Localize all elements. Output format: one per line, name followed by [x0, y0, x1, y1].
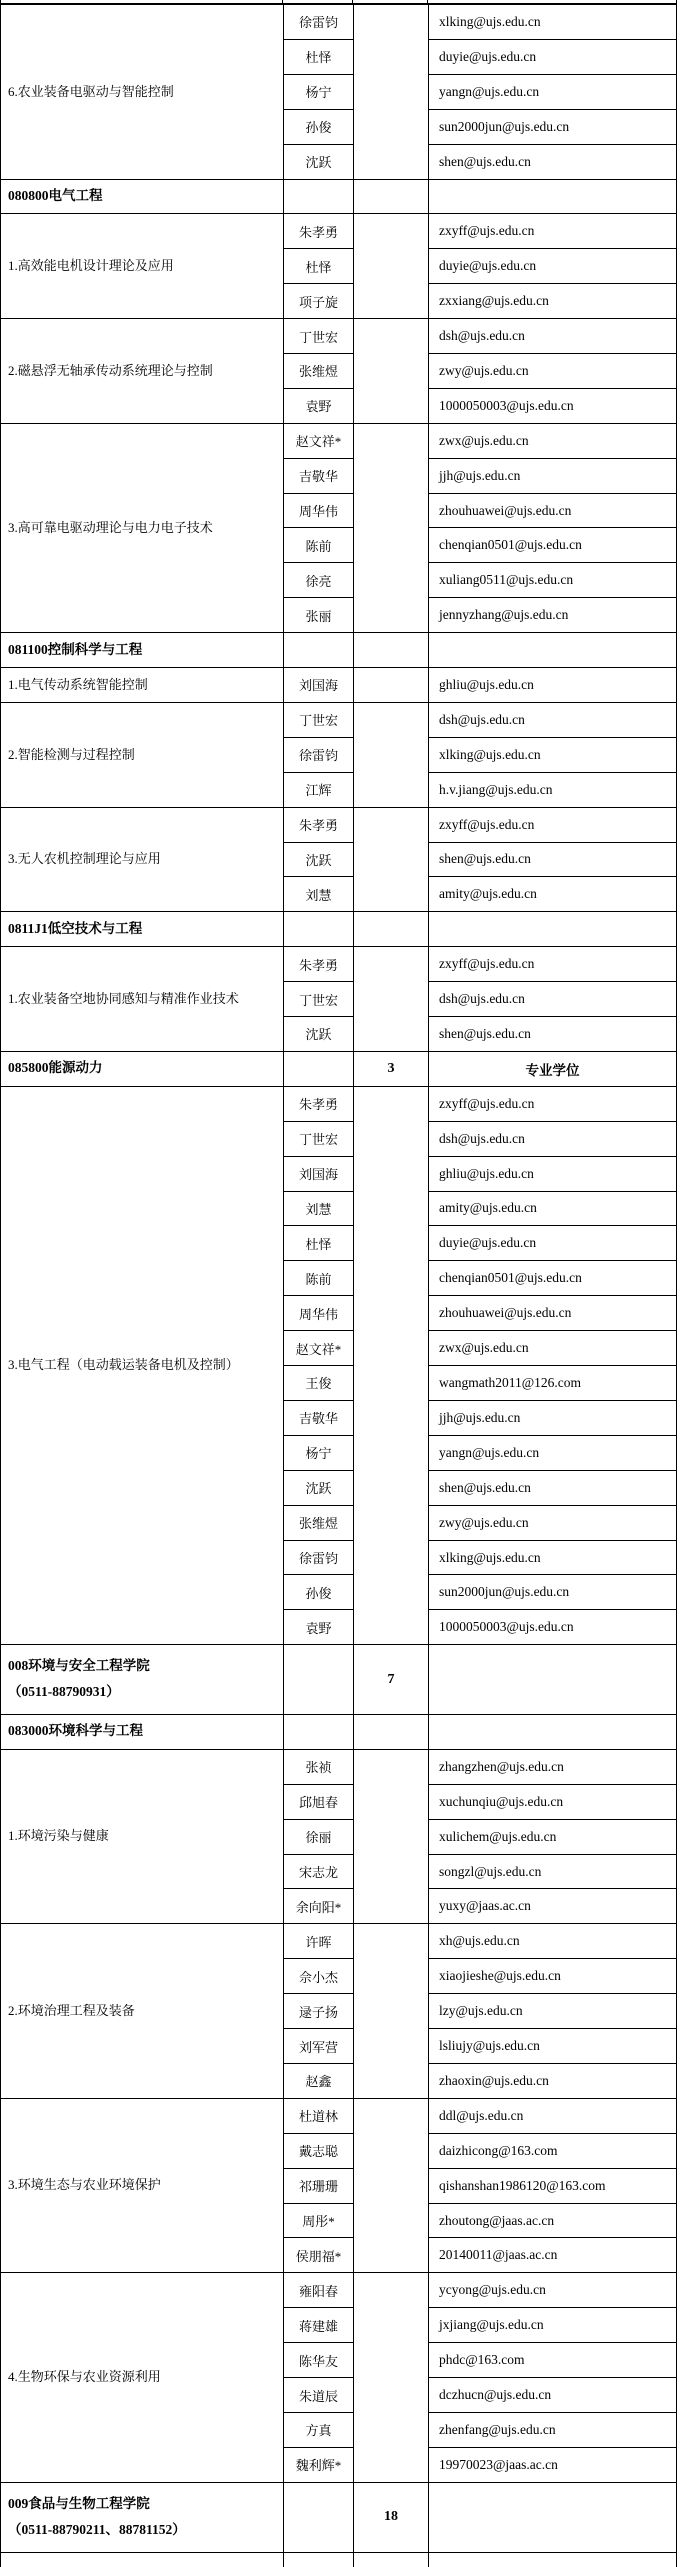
advisor-email-cell: songzl@ujs.edu.cn [429, 1855, 676, 1890]
advisor-name-column [284, 912, 354, 946]
college-phone: （0511-88790211、88781152） [8, 2522, 279, 2539]
advisor-name-cell: 孙俊 [284, 1575, 353, 1610]
advisor-name-cell: 朱孝勇 [284, 1087, 353, 1122]
advisor-email-cell: amity@ujs.edu.cn [429, 1192, 676, 1227]
advisor-name-cell: 朱道辰 [284, 2378, 353, 2413]
quota-cell [354, 1087, 429, 1644]
advisor-email-cell: zwx@ujs.edu.cn [429, 1331, 676, 1366]
advisor-email-cell: ycyong@ujs.edu.cn [429, 2273, 676, 2308]
program-header-row: 085800能源动力3专业学位 [1, 1052, 676, 1087]
advisor-name-cell: 周华伟 [284, 1296, 353, 1331]
direction-cell: 3.高可靠电驱动理论与电力电子技术 [1, 424, 284, 632]
direction-cell: 1.环境污染与健康 [1, 1750, 284, 1924]
program-title: 085800能源动力 [8, 1060, 279, 1077]
advisor-name-cell: 朱孝勇 [284, 808, 353, 843]
advisor-name-cell: 吉敬华 [284, 1401, 353, 1436]
quota-cell [354, 424, 429, 632]
program-title-cell: 081100控制科学与工程 [1, 633, 284, 667]
advisor-email-column: ddl@ujs.edu.cndaizhicong@163.comqishansh… [429, 2099, 676, 2273]
advisor-email-cell: shen@ujs.edu.cn [429, 843, 676, 878]
advisor-name-cell: 赵文祥* [284, 424, 353, 459]
advisor-email-cell: lsliujy@ujs.edu.cn [429, 2029, 676, 2064]
advisor-name-column: 朱孝勇丁世宏刘国海刘慧杜怿陈前周华伟赵文祥*王俊吉敬华杨宁沈跃张维煜徐雷钧孙俊袁… [284, 1087, 354, 1644]
direction-label: 2.磁悬浮无轴承传动系统理论与控制 [8, 363, 279, 379]
advisor-email-cell: daizhicong@163.com [429, 2134, 676, 2169]
advisor-email-cell: 1000050003@ujs.edu.cn [429, 389, 676, 423]
advisor-name-cell: 雍阳春 [284, 2273, 353, 2308]
program-title-cell: 085800能源动力 [1, 1052, 284, 1086]
advisor-name-cell: 余向阳* [284, 1889, 353, 1923]
advisor-name-cell: 吉敬华 [284, 459, 353, 494]
advisor-name-cell: 徐亮 [284, 563, 353, 598]
advisor-email-cell: xiaojieshe@ujs.edu.cn [429, 1959, 676, 1994]
advisor-email-cell: yangn@ujs.edu.cn [429, 1436, 676, 1471]
advisor-name-cell: 沈跃 [284, 1017, 353, 1051]
advisor-email-cell: shen@ujs.edu.cn [429, 145, 676, 179]
advisor-name-cell: 杜怿 [284, 249, 353, 284]
advisor-email-column: zhangzhen@ujs.edu.cnxuchunqiu@ujs.edu.cn… [429, 1750, 676, 1924]
advisor-email-cell: zxyff@ujs.edu.cn [429, 1087, 676, 1122]
advisor-name-cell: 魏利辉* [284, 2448, 353, 2482]
advisor-name-cell: 杜道林 [284, 2099, 353, 2134]
advisor-email-cell: duyie@ujs.edu.cn [429, 249, 676, 284]
advisor-name-column [284, 1645, 354, 1714]
advisor-name-cell: 徐雷钧 [284, 1541, 353, 1576]
direction-cell: 3.环境生态与农业环境保护 [1, 2099, 284, 2273]
direction-cell: 6.农业装备电驱动与智能控制 [1, 5, 284, 179]
program-title: 081100控制科学与工程 [8, 642, 279, 659]
advisor-email-column: zxyff@ujs.edu.cnshen@ujs.edu.cnamity@ujs… [429, 808, 676, 912]
degree-type-cell [429, 633, 676, 667]
advisor-email-cell: zhouhuawei@ujs.edu.cn [429, 494, 676, 529]
degree-type-cell: 专业学位 [429, 1052, 676, 1086]
advisor-name-cell: 陈华友 [284, 2343, 353, 2378]
advisor-name-column: 杜道林戴志聪祁珊珊周彤*侯朋福* [284, 2099, 354, 2273]
advisor-email-cell: jjh@ujs.edu.cn [429, 459, 676, 494]
degree-type-cell [429, 912, 676, 946]
direction-group-row: 1.电气传动系统智能控制刘国海ghliu@ujs.edu.cn [1, 668, 676, 703]
advisor-name-cell: 周华伟 [284, 494, 353, 529]
advisor-name-cell: 赵鑫 [284, 2064, 353, 2098]
advisor-email-column: zxyff@ujs.edu.cnduyie@ujs.edu.cnzxxiang@… [429, 214, 676, 318]
direction-cell: 2.智能检测与过程控制 [1, 703, 284, 807]
advisor-name-cell: 戴志聪 [284, 2134, 353, 2169]
quota-cell [354, 180, 429, 214]
advisor-email-column: xh@ujs.edu.cnxiaojieshe@ujs.edu.cnlzy@uj… [429, 1924, 676, 2098]
direction-label: 3.无人农机控制理论与应用 [8, 851, 279, 867]
advisor-name-cell: 宋志龙 [284, 1855, 353, 1890]
advisor-name-cell: 徐雷钧 [284, 738, 353, 773]
direction-label: 1.农业装备空地协同感知与精准作业技术 [8, 991, 279, 1007]
quota-cell [354, 2273, 429, 2481]
college-header-row: 008环境与安全工程学院（0511-88790931）7 [1, 1645, 676, 1715]
quota-cell [354, 633, 429, 667]
advisor-name-cell: 侯朋福* [284, 2238, 353, 2272]
advisor-name-cell: 陈前 [284, 1261, 353, 1296]
quota-cell [354, 2099, 429, 2273]
advisor-name-column: 丁世宏张维煜袁野 [284, 319, 354, 423]
college-title-cell: 009食品与生物工程学院（0511-88790211、88781152） [1, 2483, 284, 2549]
advisor-name-cell: 刘慧 [284, 1192, 353, 1227]
direction-cell: 4.生物环保与农业资源利用 [1, 2273, 284, 2481]
quota-cell [354, 214, 429, 318]
advisor-name-cell: 佘小杰 [284, 1959, 353, 1994]
direction-group-row: 4.生物环保与农业资源利用雍阳春蒋建雄陈华友朱道辰方真魏利辉*ycyong@uj… [1, 2273, 676, 2482]
advisor-name-cell: 王俊 [284, 1366, 353, 1401]
advisor-email-cell: ddl@ujs.edu.cn [429, 2099, 676, 2134]
advisor-email-cell: duyie@ujs.edu.cn [429, 1226, 676, 1261]
advisor-email-cell: zwy@ujs.edu.cn [429, 354, 676, 389]
program-title-cell: 083000环境科学与工程 [1, 1715, 284, 1749]
advisor-email-cell: xuchunqiu@ujs.edu.cn [429, 1785, 676, 1820]
program-header-row: 0811J1低空技术与工程 [1, 912, 676, 947]
direction-group-row: 3.环境生态与农业环境保护杜道林戴志聪祁珊珊周彤*侯朋福*ddl@ujs.edu… [1, 2099, 676, 2274]
program-header-row: 083000环境科学与工程 [1, 1715, 676, 1750]
college-quota-cell: 7 [354, 1645, 429, 1714]
advisor-email-cell: zxyff@ujs.edu.cn [429, 808, 676, 843]
program-header-row: 080800电气工程 [1, 180, 676, 215]
advisor-email-cell: zxyff@ujs.edu.cn [429, 214, 676, 249]
advisor-email-cell: zhenfang@ujs.edu.cn [429, 2413, 676, 2448]
advisor-email-cell: dsh@ujs.edu.cn [429, 703, 676, 738]
direction-group-row: 1.环境污染与健康张祯邱旭春徐丽宋志龙余向阳*zhangzhen@ujs.edu… [1, 1750, 676, 1925]
advisor-name-column: 赵文祥*吉敬华周华伟陈前徐亮张丽 [284, 424, 354, 632]
quota-cell [354, 703, 429, 807]
advisor-email-cell: h.v.jiang@ujs.edu.cn [429, 773, 676, 807]
quota-cell [354, 947, 429, 1051]
advisor-email-column [429, 1645, 676, 1714]
direction-cell: 3.无人农机控制理论与应用 [1, 808, 284, 912]
advisor-email-column [429, 1715, 676, 1749]
college-phone: （0511-88790931） [8, 1684, 279, 1701]
advisor-name-cell: 徐丽 [284, 1820, 353, 1855]
advisor-name-cell: 杜怿 [284, 40, 353, 75]
advisor-email-cell: jennyzhang@ujs.edu.cn [429, 598, 676, 632]
direction-cell: 2.环境治理工程及装备 [1, 1924, 284, 2098]
advisor-email-cell: ghliu@ujs.edu.cn [429, 1157, 676, 1192]
advisor-email-cell: zwy@ujs.edu.cn [429, 1506, 676, 1541]
direction-group-row: 3.无人农机控制理论与应用朱孝勇沈跃刘慧zxyff@ujs.edu.cnshen… [1, 808, 676, 913]
advisor-name-column: 刘国海 [284, 668, 354, 702]
advisor-email-cell: zhouhuawei@ujs.edu.cn [429, 1296, 676, 1331]
advisor-email-cell: duyie@ujs.edu.cn [429, 40, 676, 75]
direction-label: 3.电气工程（电动载运装备电机及控制） [8, 1357, 279, 1373]
advisor-email-cell: shen@ujs.edu.cn [429, 1471, 676, 1506]
advisor-email-column: zwx@ujs.edu.cnjjh@ujs.edu.cnzhouhuawei@u… [429, 424, 676, 632]
document-page: 6.农业装备电驱动与智能控制徐雷钧杜怿杨宁孙俊沈跃xlking@ujs.edu.… [0, 0, 682, 2549]
advisor-email-cell: chenqian0501@ujs.edu.cn [429, 1261, 676, 1296]
empty-cell [429, 1645, 676, 1714]
program-title: 0811J1低空技术与工程 [8, 921, 279, 938]
advisor-name-cell: 张维煜 [284, 354, 353, 389]
advisor-email-cell: xulichem@ujs.edu.cn [429, 1820, 676, 1855]
advisor-name-cell: 袁野 [284, 1610, 353, 1644]
advisor-email-cell: amity@ujs.edu.cn [429, 877, 676, 911]
advisor-email-cell: dsh@ujs.edu.cn [429, 982, 676, 1017]
advisor-email-column [429, 912, 676, 946]
direction-cell: 1.电气传动系统智能控制 [1, 668, 284, 702]
advisor-name-column: 朱孝勇杜怿项子旋 [284, 214, 354, 318]
advisor-email-cell: sun2000jun@ujs.edu.cn [429, 110, 676, 145]
advisor-email-cell: xlking@ujs.edu.cn [429, 5, 676, 40]
quota-cell: 3 [354, 1052, 429, 1086]
degree-type-cell [429, 1715, 676, 1749]
advisor-name-cell: 邱旭春 [284, 1785, 353, 1820]
advisor-email-cell: wangmath2011@126.com [429, 1366, 676, 1401]
advisor-name-cell: 张丽 [284, 598, 353, 632]
direction-group-row: 2.环境治理工程及装备许晖佘小杰逯子扬刘军营赵鑫xh@ujs.edu.cnxia… [1, 1924, 676, 2099]
advisor-name-cell: 丁世宏 [284, 1122, 353, 1157]
program-title: 080800电气工程 [8, 188, 279, 205]
degree-type-cell [429, 180, 676, 214]
advisor-email-column: ycyong@ujs.edu.cnjxjiang@ujs.edu.cnphdc@… [429, 2273, 676, 2481]
advisor-email-column: ghliu@ujs.edu.cn [429, 668, 676, 702]
advisor-name-cell: 赵文祥* [284, 1331, 353, 1366]
program-title-cell: 0811J1低空技术与工程 [1, 912, 284, 946]
advisor-name-column: 雍阳春蒋建雄陈华友朱道辰方真魏利辉* [284, 2273, 354, 2481]
advisor-email-cell: 19970023@jaas.ac.cn [429, 2448, 676, 2482]
direction-cell: 1.高效能电机设计理论及应用 [1, 214, 284, 318]
advisor-email-cell: xh@ujs.edu.cn [429, 1924, 676, 1959]
advisor-name-column: 徐雷钧杜怿杨宁孙俊沈跃 [284, 5, 354, 179]
quota-cell [354, 1924, 429, 2098]
direction-label: 2.环境治理工程及装备 [8, 2003, 279, 2019]
advisor-name-column [284, 1715, 354, 1749]
college-quota-cell: 18 [354, 2483, 429, 2549]
advisor-name-cell: 刘军营 [284, 2029, 353, 2064]
advisor-email-column: dsh@ujs.edu.cnzwy@ujs.edu.cn1000050003@u… [429, 319, 676, 423]
advisor-email-cell: dczhucn@ujs.edu.cn [429, 2378, 676, 2413]
advisor-email-cell: jxjiang@ujs.edu.cn [429, 2308, 676, 2343]
advisor-name-cell: 刘国海 [284, 668, 353, 702]
advisor-name-cell: 许晖 [284, 1924, 353, 1959]
advisor-email-cell: lzy@ujs.edu.cn [429, 1994, 676, 2029]
direction-group-row: 6.农业装备电驱动与智能控制徐雷钧杜怿杨宁孙俊沈跃xlking@ujs.edu.… [1, 5, 676, 180]
direction-label: 1.高效能电机设计理论及应用 [8, 258, 279, 274]
advisor-email-cell: yuxy@jaas.ac.cn [429, 1889, 676, 1923]
advisor-name-column: 朱孝勇丁世宏沈跃 [284, 947, 354, 1051]
direction-label: 2.智能检测与过程控制 [8, 747, 279, 763]
advisor-name-cell: 朱孝勇 [284, 214, 353, 249]
direction-group-row: 2.磁悬浮无轴承传动系统理论与控制丁世宏张维煜袁野dsh@ujs.edu.cnz… [1, 319, 676, 424]
advisor-name-column [284, 633, 354, 667]
college-title-cell: 008环境与安全工程学院（0511-88790931） [1, 1645, 284, 1714]
advisor-name-cell: 江辉 [284, 773, 353, 807]
advisor-name-cell: 丁世宏 [284, 982, 353, 1017]
advisor-email-column: xlking@ujs.edu.cnduyie@ujs.edu.cnyangn@u… [429, 5, 676, 179]
advisor-email-cell: dsh@ujs.edu.cn [429, 1122, 676, 1157]
advisor-email-column [429, 180, 676, 214]
program-header-row: 081100控制科学与工程 [1, 633, 676, 668]
advisor-email-column [429, 2483, 676, 2549]
direction-cell: 3.电气工程（电动载运装备电机及控制） [1, 1087, 284, 1644]
advisor-name-column: 丁世宏徐雷钧江辉 [284, 703, 354, 807]
advisor-name-cell: 沈跃 [284, 145, 353, 179]
direction-label: 3.高可靠电驱动理论与电力电子技术 [8, 520, 279, 536]
advisor-name-column [284, 2483, 354, 2549]
advisor-email-cell: zxyff@ujs.edu.cn [429, 947, 676, 982]
advisor-name-cell: 张维煜 [284, 1506, 353, 1541]
advisor-name-cell: 袁野 [284, 389, 353, 423]
program-title-cell: 080800电气工程 [1, 180, 284, 214]
college-title: 009食品与生物工程学院 [8, 2496, 279, 2513]
advisor-name-cell: 周彤* [284, 2204, 353, 2239]
advisor-name-cell: 丁世宏 [284, 703, 353, 738]
advisor-email-cell: 20140011@jaas.ac.cn [429, 2238, 676, 2272]
advisor-name-cell: 徐雷钧 [284, 5, 353, 40]
direction-group-row: 2.智能检测与过程控制丁世宏徐雷钧江辉dsh@ujs.edu.cnxlking@… [1, 703, 676, 808]
quota-cell [354, 808, 429, 912]
direction-group-row: 3.电气工程（电动载运装备电机及控制）朱孝勇丁世宏刘国海刘慧杜怿陈前周华伟赵文祥… [1, 1087, 676, 1645]
direction-group-row: 1.高效能电机设计理论及应用朱孝勇杜怿项子旋zxyff@ujs.edu.cndu… [1, 214, 676, 319]
advisor-name-cell: 方真 [284, 2413, 353, 2448]
direction-cell: 2.磁悬浮无轴承传动系统理论与控制 [1, 319, 284, 423]
advisor-email-cell: qishanshan1986120@163.com [429, 2169, 676, 2204]
advisor-name-cell: 刘慧 [284, 877, 353, 911]
advisor-name-cell: 杨宁 [284, 1436, 353, 1471]
advisor-email-cell: chenqian0501@ujs.edu.cn [429, 528, 676, 563]
advisor-email-cell: xlking@ujs.edu.cn [429, 1541, 676, 1576]
quota-cell [354, 319, 429, 423]
quota-cell [354, 5, 429, 179]
quota-cell [354, 668, 429, 702]
advisor-name-cell: 逯子扬 [284, 1994, 353, 2029]
advisor-name-cell: 刘国海 [284, 1157, 353, 1192]
advisor-email-cell: zwx@ujs.edu.cn [429, 424, 676, 459]
direction-label: 1.电气传动系统智能控制 [8, 677, 279, 693]
advisor-name-cell: 杜怿 [284, 1226, 353, 1261]
college-header-row: 009食品与生物工程学院（0511-88790211、88781152）18 [1, 2483, 676, 2549]
quota-cell [354, 912, 429, 946]
direction-group-row: 3.高可靠电驱动理论与电力电子技术赵文祥*吉敬华周华伟陈前徐亮张丽zwx@ujs… [1, 424, 676, 633]
direction-label: 4.生物环保与农业资源利用 [8, 2369, 279, 2385]
empty-cell [429, 2483, 676, 2549]
advisor-email-cell: xlking@ujs.edu.cn [429, 738, 676, 773]
cut-off-row-top [0, 0, 677, 3]
advisor-name-column: 许晖佘小杰逯子扬刘军营赵鑫 [284, 1924, 354, 2098]
advisor-email-column [429, 633, 676, 667]
advisor-table: 6.农业装备电驱动与智能控制徐雷钧杜怿杨宁孙俊沈跃xlking@ujs.edu.… [0, 3, 677, 2549]
advisor-name-cell: 蒋建雄 [284, 2308, 353, 2343]
direction-label: 6.农业装备电驱动与智能控制 [8, 84, 279, 100]
quota-cell [354, 1715, 429, 1749]
advisor-name-column: 张祯邱旭春徐丽宋志龙余向阳* [284, 1750, 354, 1924]
advisor-email-cell: shen@ujs.edu.cn [429, 1017, 676, 1051]
advisor-name-cell: 杨宁 [284, 75, 353, 110]
advisor-name-cell: 沈跃 [284, 1471, 353, 1506]
advisor-email-cell: zhangzhen@ujs.edu.cn [429, 1750, 676, 1785]
advisor-name-column [284, 180, 354, 214]
advisor-email-column: 专业学位 [429, 1052, 676, 1086]
advisor-email-cell: ghliu@ujs.edu.cn [429, 668, 676, 702]
advisor-email-column: zxyff@ujs.edu.cndsh@ujs.edu.cnshen@ujs.e… [429, 947, 676, 1051]
advisor-email-cell: xuliang0511@ujs.edu.cn [429, 563, 676, 598]
advisor-email-column: dsh@ujs.edu.cnxlking@ujs.edu.cnh.v.jiang… [429, 703, 676, 807]
advisor-email-cell: phdc@163.com [429, 2343, 676, 2378]
direction-label: 1.环境污染与健康 [8, 1828, 279, 1844]
advisor-name-cell: 项子旋 [284, 284, 353, 318]
advisor-name-cell: 朱孝勇 [284, 947, 353, 982]
advisor-email-cell: zxxiang@ujs.edu.cn [429, 284, 676, 318]
program-title: 083000环境科学与工程 [8, 1723, 279, 1740]
advisor-name-cell: 陈前 [284, 528, 353, 563]
advisor-name-cell: 孙俊 [284, 110, 353, 145]
advisor-name-cell: 丁世宏 [284, 319, 353, 354]
direction-group-row: 1.农业装备空地协同感知与精准作业技术朱孝勇丁世宏沈跃zxyff@ujs.edu… [1, 947, 676, 1052]
advisor-name-column: 朱孝勇沈跃刘慧 [284, 808, 354, 912]
advisor-name-cell: 祁珊珊 [284, 2169, 353, 2204]
direction-cell: 1.农业装备空地协同感知与精准作业技术 [1, 947, 284, 1051]
advisor-name-column [284, 1052, 354, 1086]
advisor-email-cell: yangn@ujs.edu.cn [429, 75, 676, 110]
advisor-email-cell: jjh@ujs.edu.cn [429, 1401, 676, 1436]
college-title: 008环境与安全工程学院 [8, 1658, 279, 1675]
advisor-email-column: zxyff@ujs.edu.cndsh@ujs.edu.cnghliu@ujs.… [429, 1087, 676, 1644]
advisor-name-cell: 张祯 [284, 1750, 353, 1785]
advisor-name-cell: 沈跃 [284, 843, 353, 878]
advisor-email-cell: zhaoxin@ujs.edu.cn [429, 2064, 676, 2098]
advisor-email-cell: zhoutong@jaas.ac.cn [429, 2204, 676, 2239]
quota-cell [354, 1750, 429, 1924]
advisor-email-cell: 1000050003@ujs.edu.cn [429, 1610, 676, 1644]
advisor-email-cell: sun2000jun@ujs.edu.cn [429, 1575, 676, 1610]
direction-label: 3.环境生态与农业环境保护 [8, 2177, 279, 2193]
advisor-email-cell: dsh@ujs.edu.cn [429, 319, 676, 354]
